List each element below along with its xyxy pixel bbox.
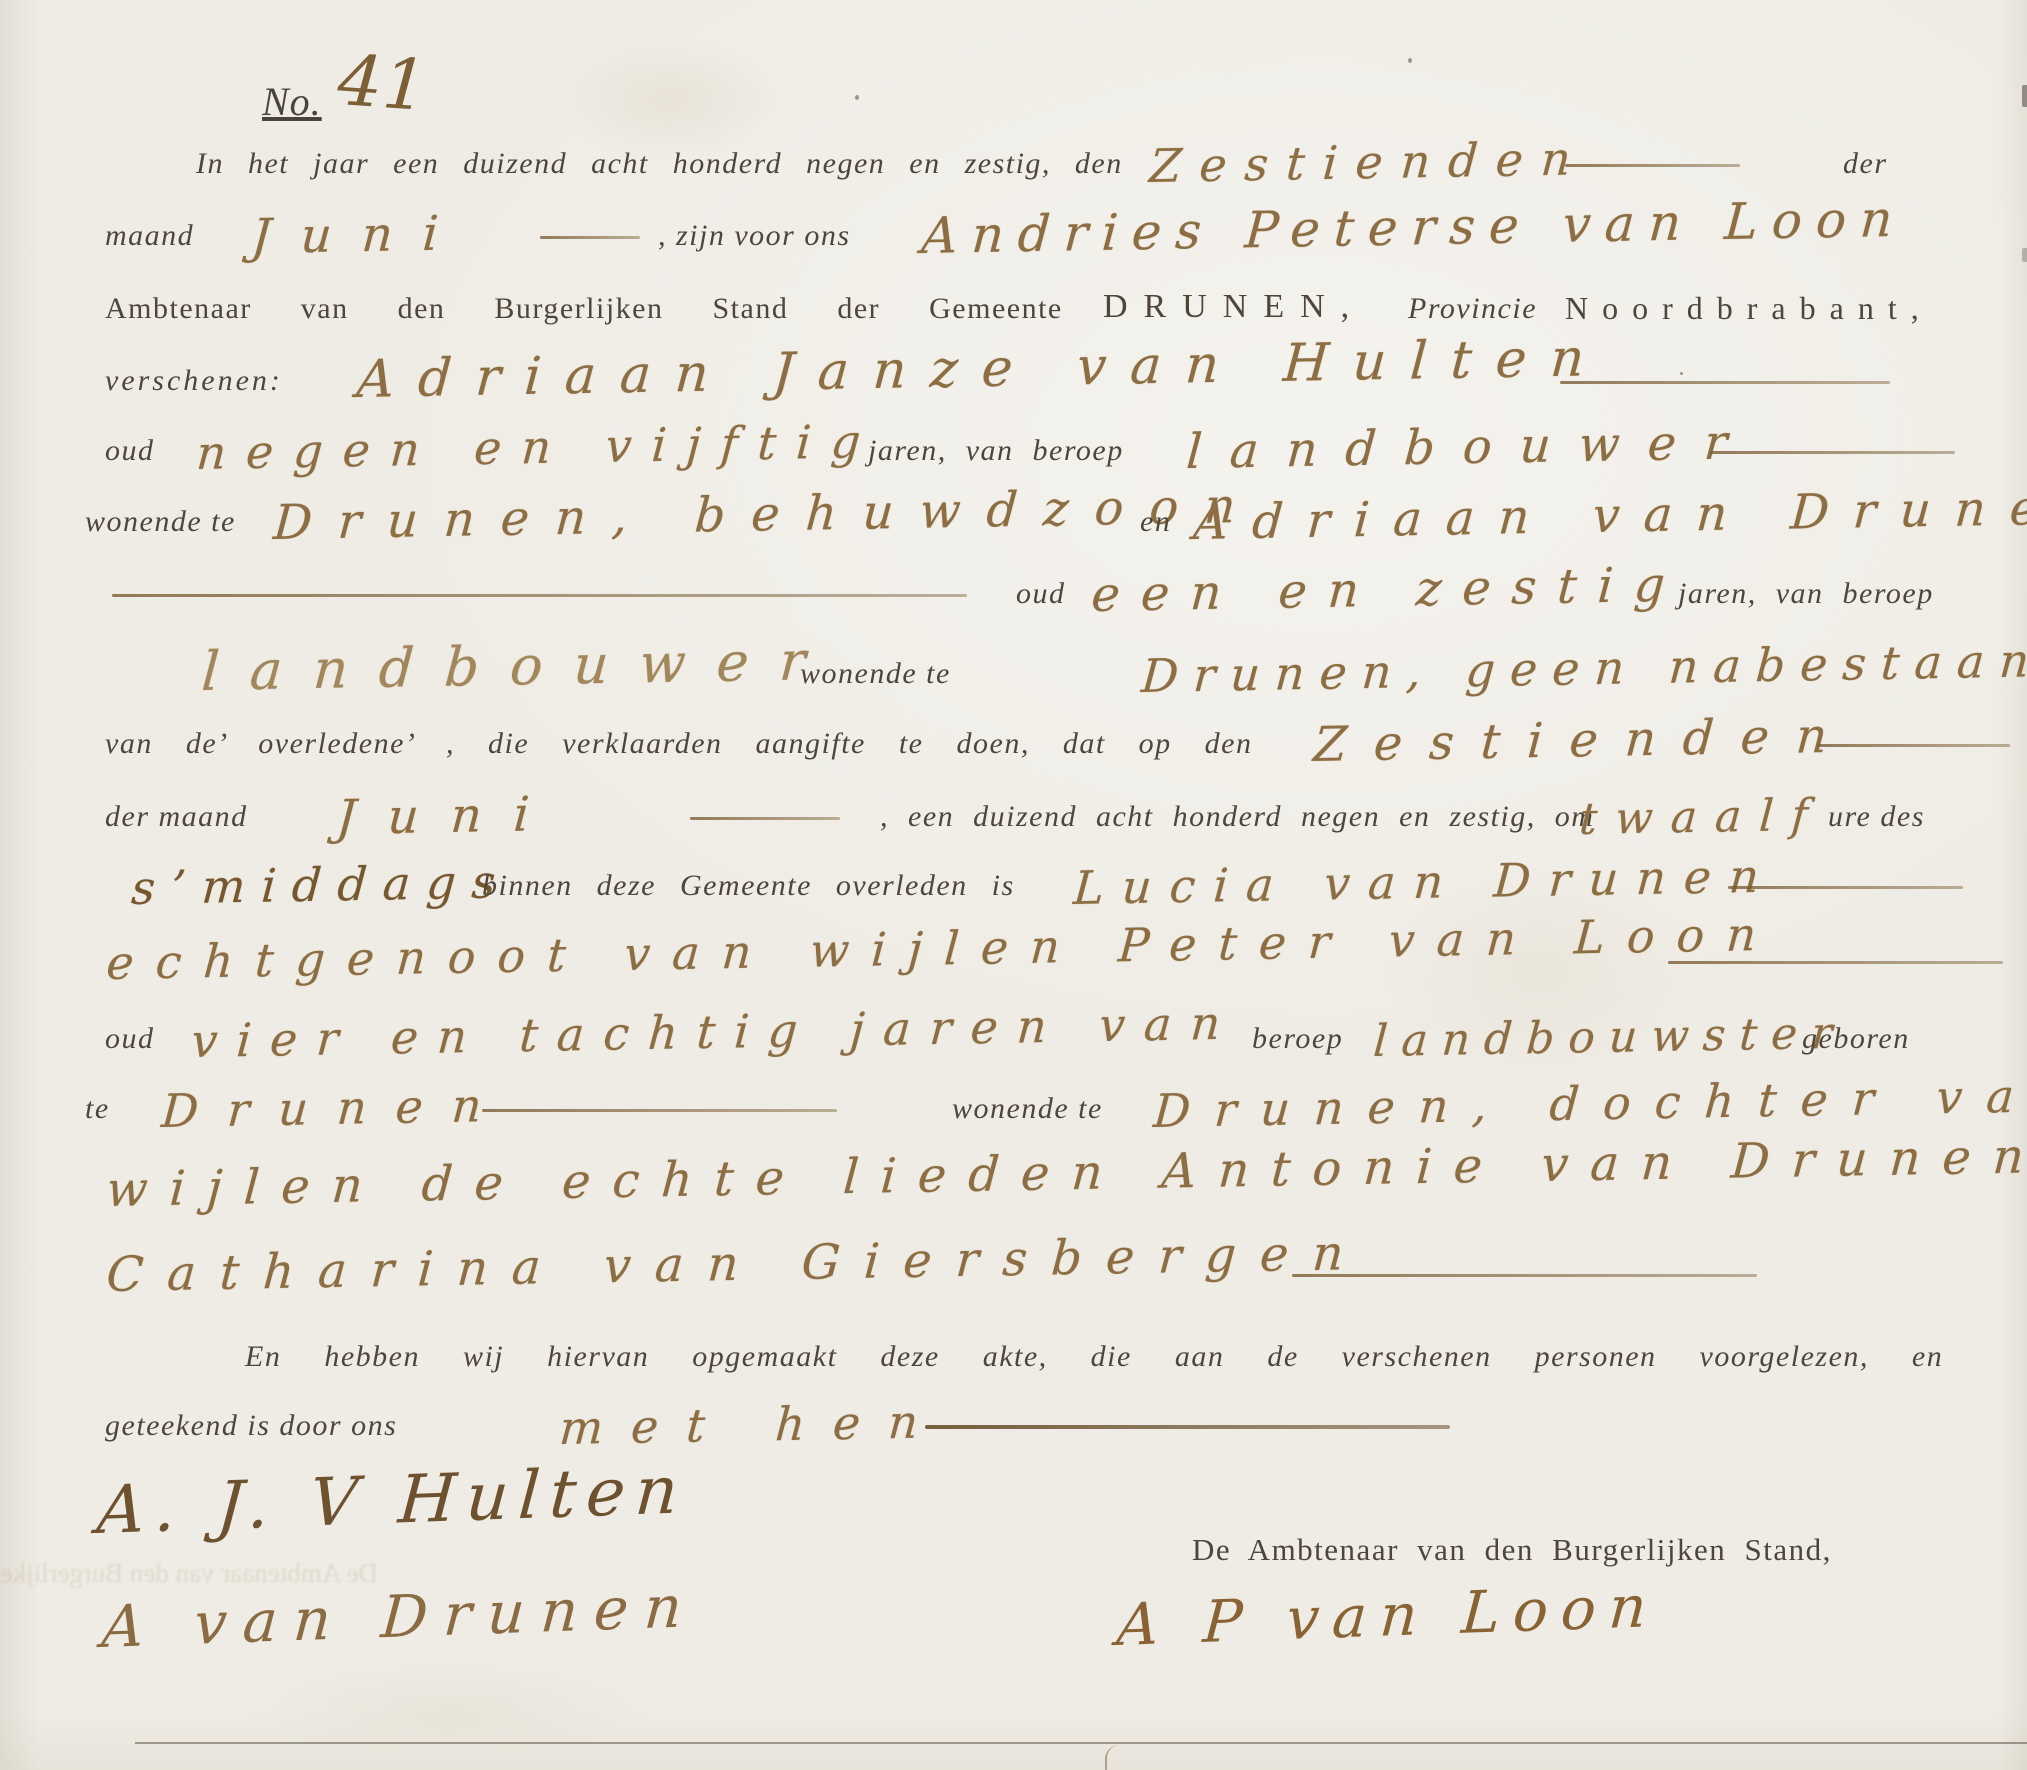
printed-form-text: ure des	[1828, 802, 1925, 832]
filler-dash-line	[482, 1109, 837, 1112]
ink-speck	[1408, 58, 1412, 63]
filler-dash-line	[1560, 381, 1890, 384]
filler-dash-line	[112, 594, 967, 597]
printed-form-text: jaren, van beroep	[1678, 579, 1934, 609]
filler-dash-line	[1668, 961, 2003, 964]
act-line-17: En hebben wij hiervan opgemaakt deze akt…	[0, 1314, 2027, 1384]
signature-declarant-1: A. J. V Hulten	[95, 1457, 690, 1544]
printed-form-text: der	[1843, 149, 1888, 179]
act-line-10: der maandJuni, een duizend acht honderd …	[0, 774, 2027, 844]
handwritten-entry: Zestienden	[1148, 135, 1590, 189]
signature-declarant-2: A van Drunen	[100, 1577, 700, 1656]
handwritten-entry: landbouwer	[1185, 418, 1757, 476]
ink-speck	[855, 95, 859, 100]
act-line-4: verschenen:Adriaan Janze van Hulten	[0, 338, 2027, 408]
handwritten-entry: landbouwer	[200, 634, 838, 699]
printed-form-text: verschenen:	[105, 366, 283, 396]
printed-form-text: maand	[105, 221, 194, 251]
printed-form-text: wonende te	[85, 507, 236, 537]
handwritten-entry: Lucia van Drunen	[1072, 853, 1778, 911]
printed-form-text: oud	[1016, 579, 1066, 609]
printed-form-text: , een duizend acht honderd negen en zest…	[880, 802, 1594, 832]
printed-form-text: van de’ overledene’ , die verklaarden aa…	[105, 729, 1252, 759]
next-entry-pen-stroke	[1105, 1745, 1127, 1770]
filler-dash-line	[925, 1425, 1450, 1429]
printed-form-text: , zijn voor ons	[658, 221, 851, 251]
act-line-5: oudnegen en vijftigjaren, van beroepland…	[0, 408, 2027, 478]
handwritten-entry: landbouwster	[1372, 1012, 1848, 1064]
handwritten-entry: Drunen, dochter van	[1152, 1072, 2027, 1134]
handwritten-entry: met hen	[558, 1398, 948, 1451]
paper-stain	[240, 1660, 660, 1760]
act-line-6: wonende teDrunen, behuwdzoonenAdriaan va…	[0, 479, 2027, 549]
act-line-16: Catharina van Giersbergen	[0, 1231, 2027, 1301]
bottom-rule	[135, 1742, 2027, 1744]
handwritten-entry: negen en vijftig	[195, 418, 882, 476]
filler-dash-line	[1818, 744, 2010, 747]
handwritten-entry: twaalf	[1578, 794, 1827, 842]
filler-dash-line	[540, 236, 640, 239]
printed-form-text: DRUNEN,	[1103, 290, 1365, 324]
printed-form-text: geboren	[1802, 1024, 1910, 1054]
printed-form-text: Ambtenaar van den Burgerlijken Stand der…	[105, 294, 1063, 324]
handwritten-entry: s’middags	[130, 858, 513, 911]
printed-form-text: geteekend is door ons	[105, 1411, 397, 1441]
record-number-label: No.	[262, 78, 322, 125]
filler-dash-line	[690, 817, 840, 820]
filler-dash-line	[1728, 886, 1963, 889]
handwritten-entry: vier en tachtig jaren van	[190, 1000, 1241, 1064]
printed-form-text: beroep	[1252, 1024, 1343, 1054]
act-line-11: s’middagsbinnen deze Gemeente overleden …	[0, 843, 2027, 913]
death-record-scan: No. 41 In het jaar een duizend acht hond…	[0, 0, 2027, 1770]
printed-form-text: der maand	[105, 802, 248, 832]
handwritten-entry: Juni	[250, 209, 470, 261]
handwritten-entry: Drunen, behuwdzoon	[272, 482, 1263, 547]
act-line-14: teDrunenwonende teDrunen, dochter van	[0, 1066, 2027, 1136]
act-line-8: landbouwerwonende teDrunen, geen nabesta…	[0, 631, 2027, 701]
act-line-3: Ambtenaar van den Burgerlijken Stand der…	[0, 266, 2027, 336]
act-line-13: oudvier en tachtig jaren vanberoeplandbo…	[0, 996, 2027, 1066]
act-line-12: echtgenoot van wijlen Peter van Loon	[0, 918, 2027, 988]
filler-dash-line	[1565, 164, 1740, 167]
handwritten-entry: Adriaan van Drunen	[1192, 483, 2027, 547]
printed-form-text: wonende te	[800, 659, 951, 689]
printed-form-text: In het jaar een duizend acht honderd neg…	[196, 149, 1123, 179]
handwritten-entry: Adriaan Janze van Hulten	[355, 332, 1610, 406]
handwritten-entry: echtgenoot van wijlen Peter van Loon	[105, 911, 1780, 986]
act-line-7: oudeen en zestigjaren, van beroep	[0, 551, 2027, 621]
printed-form-text: wonende te	[952, 1094, 1103, 1124]
printed-form-text: te	[85, 1094, 110, 1124]
handwritten-entry: wijlen de echte lieden Antonie van Drune…	[105, 1130, 2027, 1214]
printed-form-text: en	[1140, 507, 1171, 537]
filler-dash-line	[1710, 451, 1955, 454]
act-line-9: van de’ overledene’ , die verklaarden aa…	[0, 701, 2027, 771]
printed-form-text: oud	[105, 436, 155, 466]
printed-form-text: Noordbrabant,	[1565, 292, 1933, 324]
handwritten-entry: een en zestig	[1090, 561, 1688, 619]
scan-edge-artifact	[2022, 85, 2027, 107]
act-line-2: maandJuni, zijn voor onsAndries Peterse …	[0, 193, 2027, 263]
handwritten-entry: Zestienden	[1312, 712, 1856, 769]
handwritten-entry: Drunen	[160, 1082, 512, 1134]
filler-dash-line	[1292, 1274, 1757, 1277]
signature-registrar: A P van Loon	[1115, 1577, 1661, 1654]
printed-form-text: En hebben wij hiervan opgemaakt deze akt…	[245, 1342, 1943, 1372]
handwritten-entry: Andries Peterse van Loon	[920, 194, 1908, 261]
printed-form-text: oud	[105, 1024, 155, 1054]
act-line-1: In het jaar een duizend acht honderd neg…	[0, 121, 2027, 191]
registrar-title: De Ambtenaar van den Burgerlijken Stand,	[1192, 1532, 1832, 1568]
handwritten-entry: Juni	[335, 790, 563, 842]
handwritten-entry: Catharina van Giersbergen	[105, 1229, 1369, 1299]
record-number-value: 41	[335, 39, 430, 127]
printed-form-text: binnen deze Gemeente overleden is	[482, 871, 1015, 901]
act-line-18: geteekend is door onsmet hen	[0, 1383, 2027, 1453]
handwritten-entry: Drunen, geen nabestaande	[1140, 636, 2027, 699]
printed-form-text: Provincie	[1408, 294, 1537, 324]
act-line-15: wijlen de echte lieden Antonie van Drune…	[0, 1146, 2027, 1216]
printed-form-text: jaren, van beroep	[868, 436, 1124, 466]
